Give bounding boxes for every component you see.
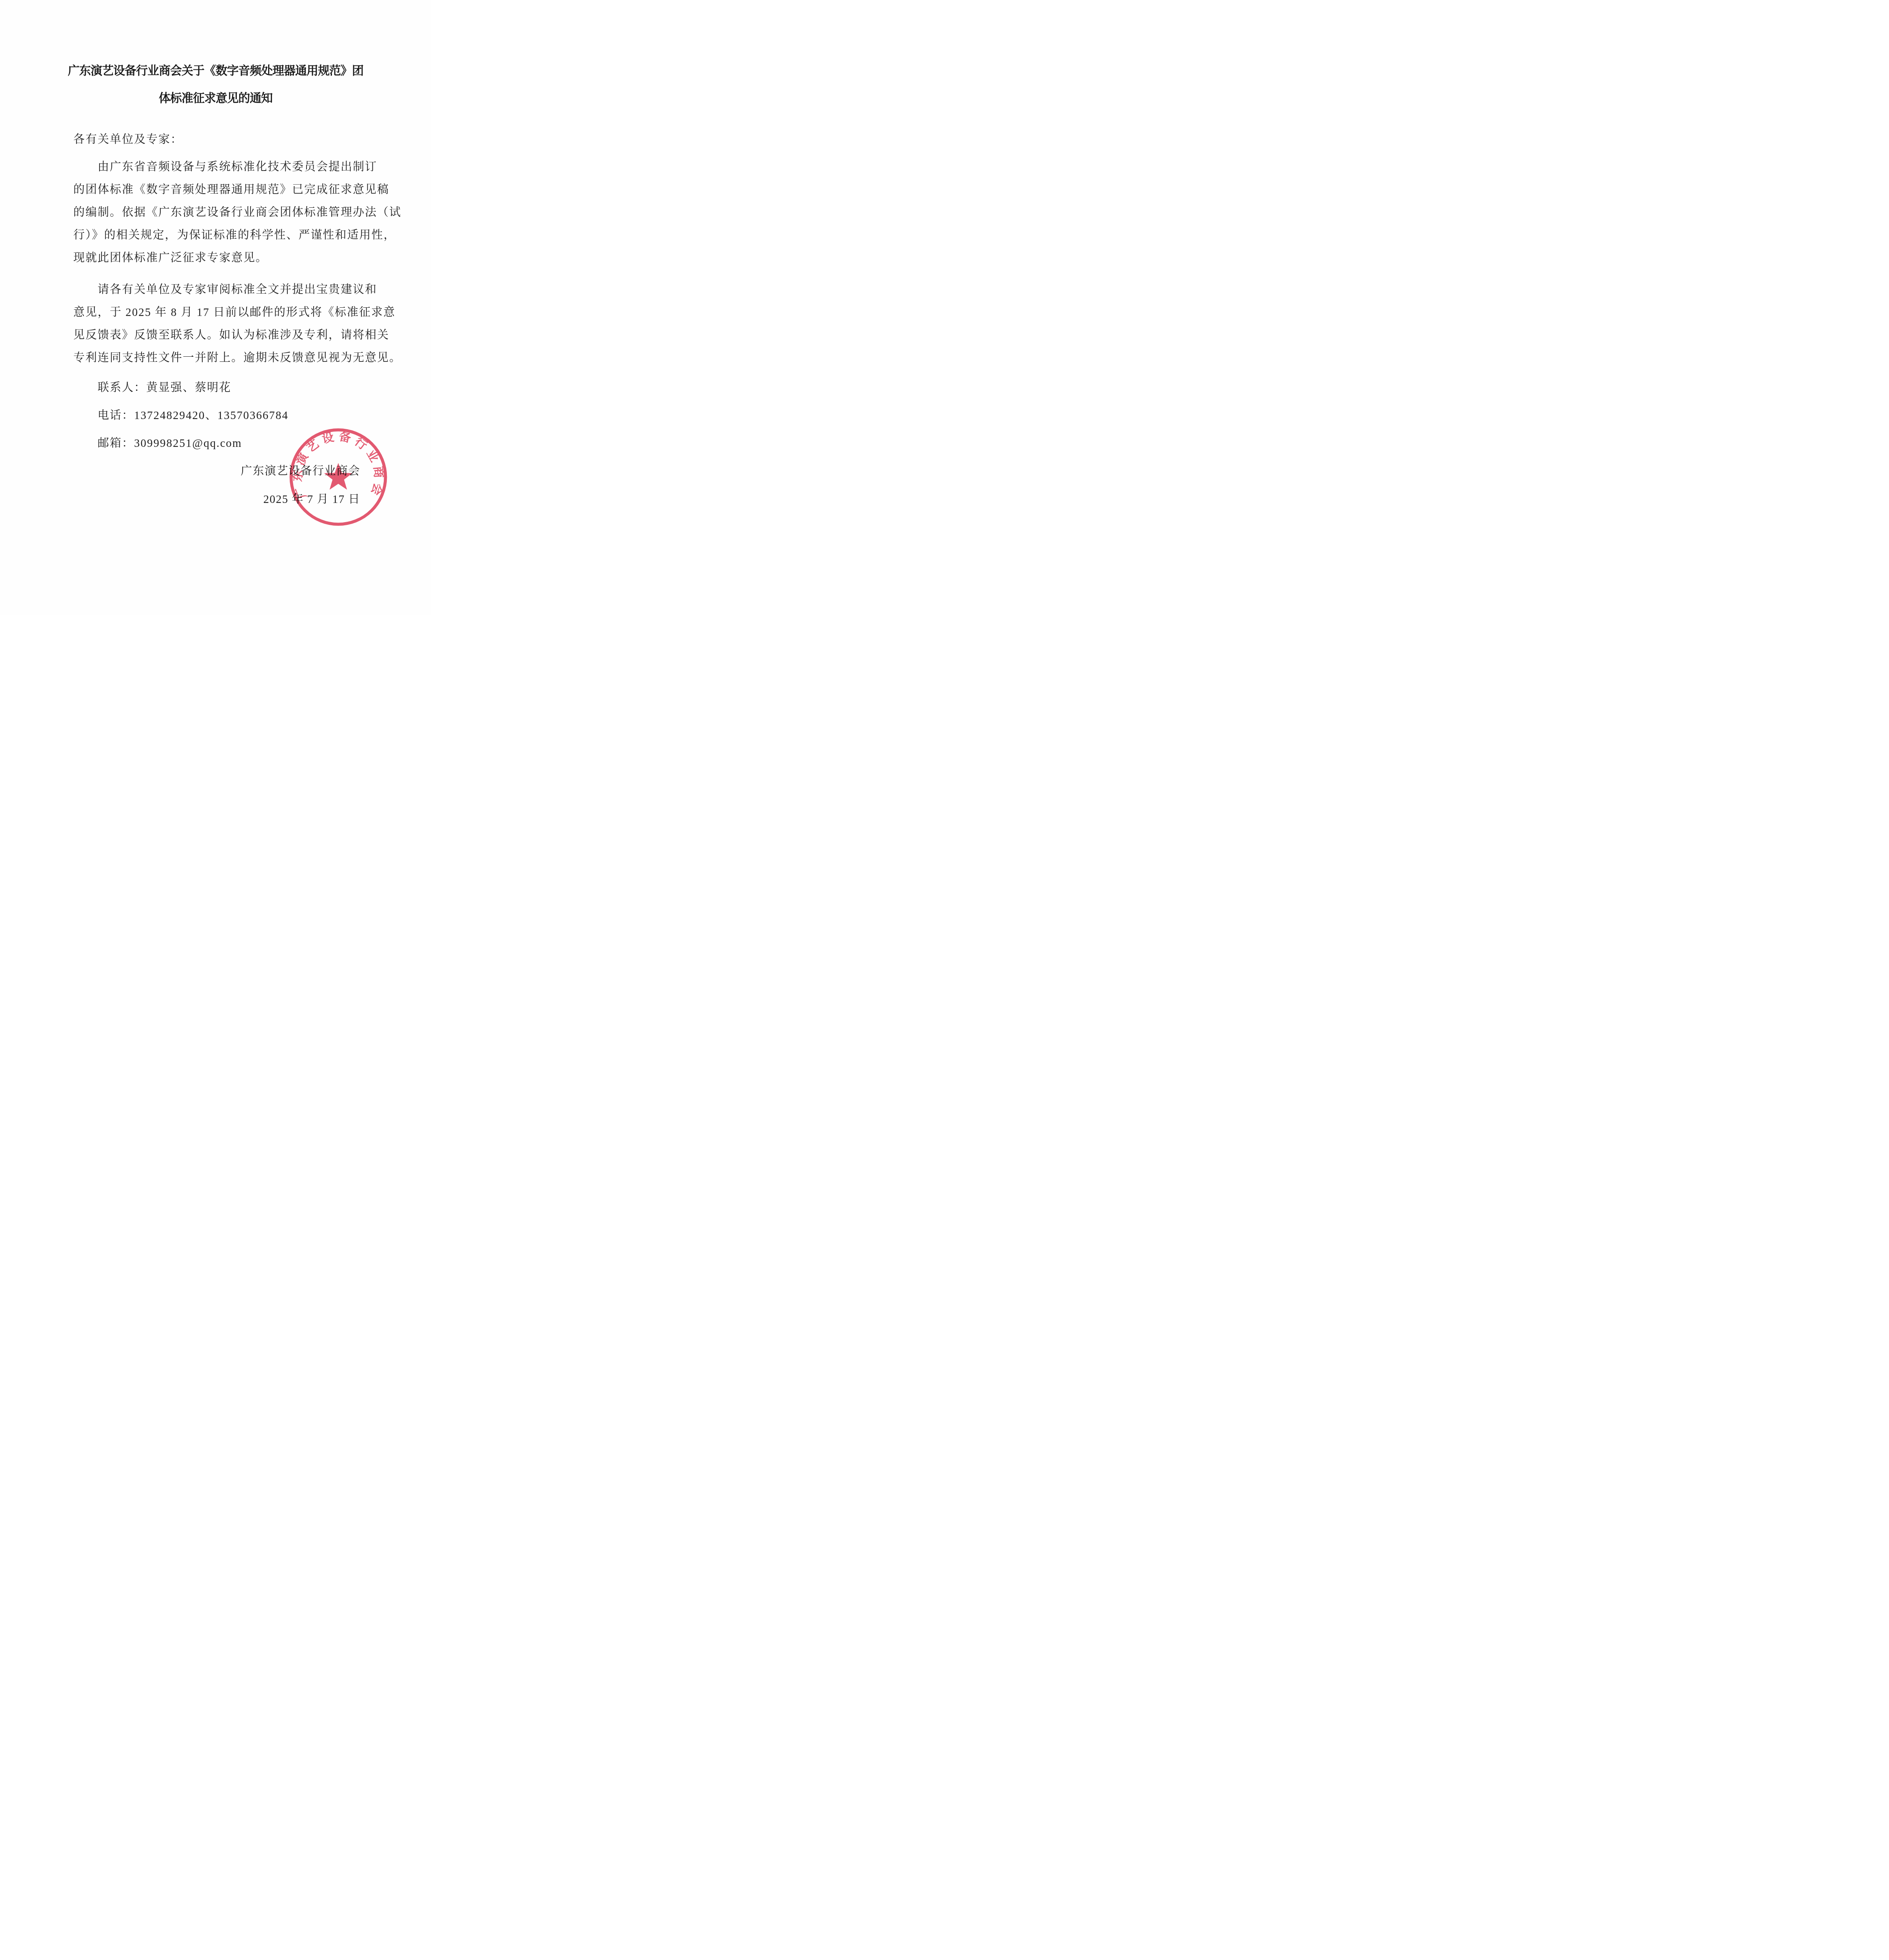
document-body: 各有关单位及专家： 由广东省音频设备与系统标准化技术委员会提出制订 的团体标准《… [73,128,405,511]
signature-date: 2025 年 7 月 17 日 [73,488,405,511]
contact-block: 联系人：黄显强、蔡明花 电话：13724829420、13570366784 邮… [73,376,405,455]
paragraph-2-line-3: 见反馈表》反馈至联系人。如认为标准涉及专利，请将相关 [73,324,405,347]
paragraph-1-line-4: 行）》的相关规定，为保证标准的科学性、严谨性和适用性， [73,224,405,247]
paragraph-1-line-3: 的编制。依据《广东演艺设备行业商会团体标准管理办法（试 [73,201,405,224]
title-line-1: 广东演艺设备行业商会关于《数字音频处理器通用规范》团 [0,57,431,85]
signature-block: 广东演艺设备行业商会 2025 年 7 月 17 日 [73,460,405,511]
contact-email: 邮箱：309998251@qq.com [73,432,405,455]
contact-person: 联系人：黄显强、蔡明花 [73,376,405,399]
paragraph-1-line-2: 的团体标准《数字音频处理器通用规范》已完成征求意见稿 [73,178,405,201]
paragraph-2-line-2: 意见，于 2025 年 8 月 17 日前以邮件的形式将《标准征求意 [73,301,405,324]
title-line-2: 体标准征求意见的通知 [0,85,431,112]
paragraph-2-line-1: 请各有关单位及专家审阅标准全文并提出宝贵建议和 [73,278,405,301]
signature-organization: 广东演艺设备行业商会 [73,460,405,483]
salutation: 各有关单位及专家： [73,128,405,151]
paragraph-1-line-1: 由广东省音频设备与系统标准化技术委员会提出制订 [73,156,405,178]
document-title: 广东演艺设备行业商会关于《数字音频处理器通用规范》团 体标准征求意见的通知 [0,57,431,112]
contact-phone: 电话：13724829420、13570366784 [73,404,405,427]
paragraph-2-line-4: 专利连同支持性文件一并附上。逾期未反馈意见视为无意见。 [73,347,405,369]
paragraph-2: 请各有关单位及专家审阅标准全文并提出宝贵建议和 意见，于 2025 年 8 月 … [73,278,405,369]
document-page: 广东演艺设备行业商会关于《数字音频处理器通用规范》团 体标准征求意见的通知 各有… [0,0,431,615]
paragraph-1: 由广东省音频设备与系统标准化技术委员会提出制订 的团体标准《数字音频处理器通用规… [73,156,405,269]
paragraph-1-line-5: 现就此团体标准广泛征求专家意见。 [73,247,405,269]
